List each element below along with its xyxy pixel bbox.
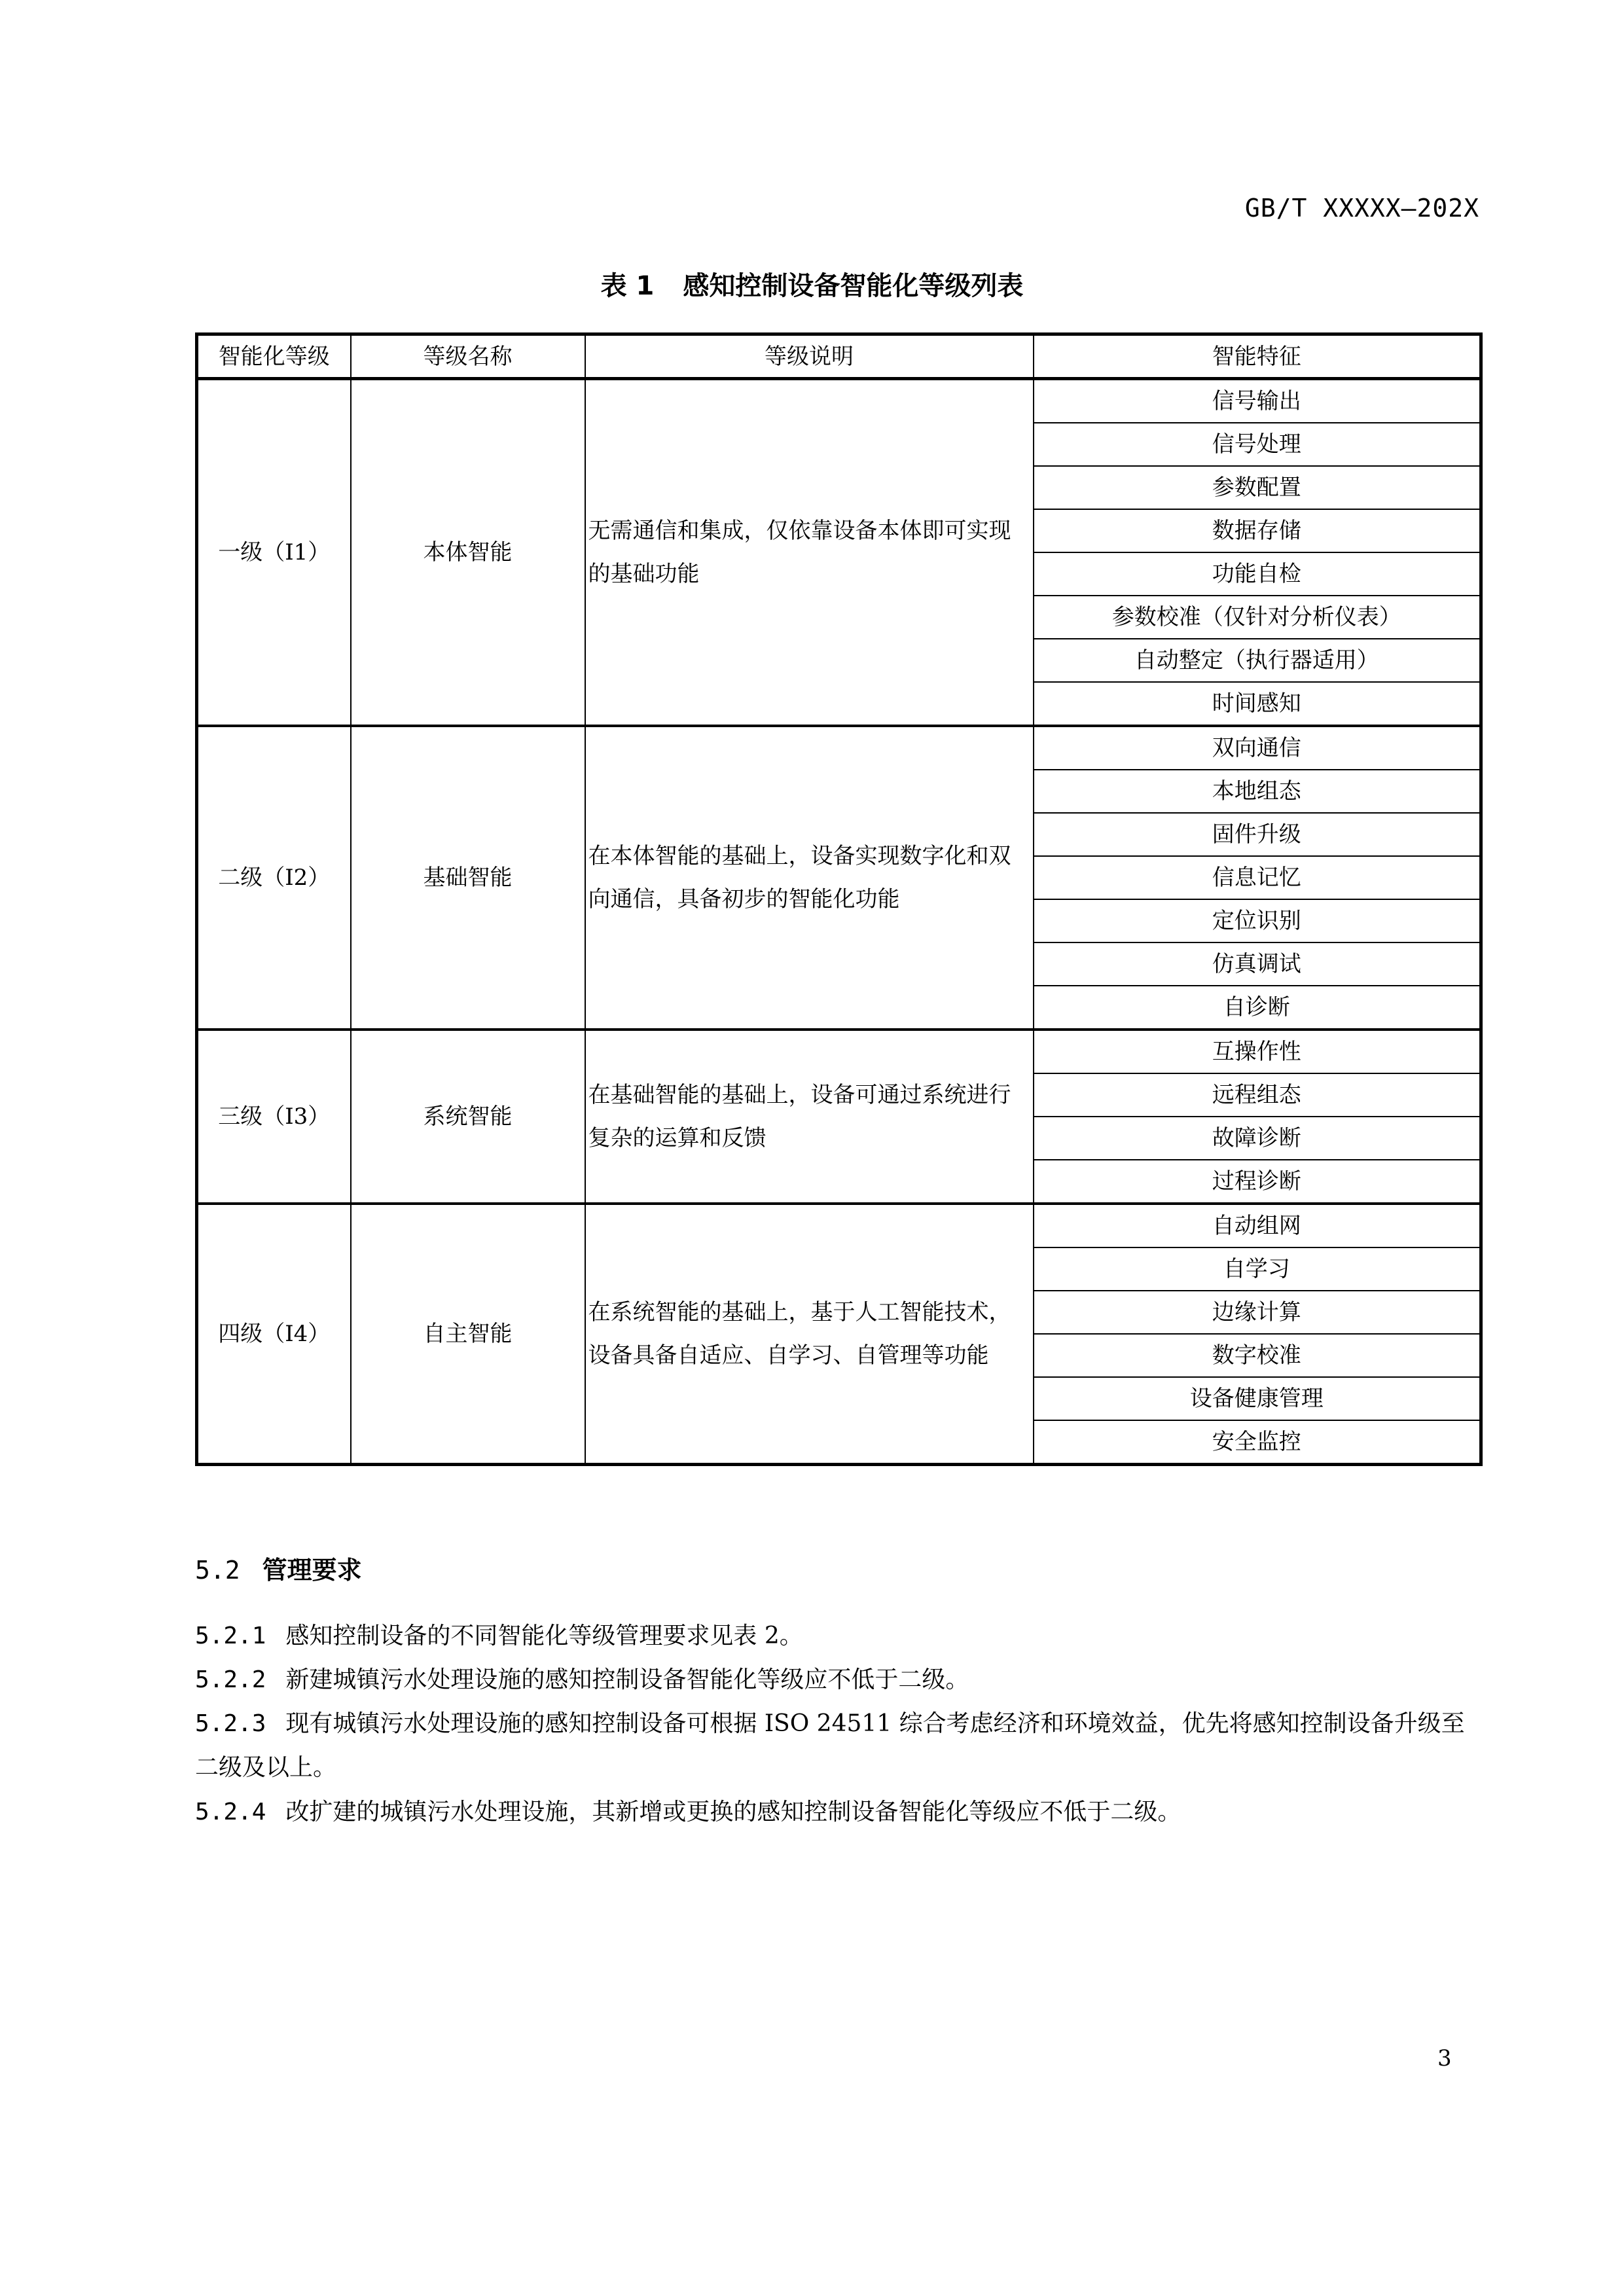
feature-cell: 数字校准 [1034,1334,1481,1377]
clause-number: 5.2.1 [195,1623,266,1649]
grade-name-cell: 自主智能 [351,1204,585,1465]
feature-cell: 自学习 [1034,1247,1481,1291]
table-title: 感知控制设备智能化等级列表 [683,271,1023,301]
table-caption: 表 1感知控制设备智能化等级列表 [0,265,1624,302]
clause-text: 现有城镇污水处理设施的感知控制设备可根据 ISO 24511 综合考虑经济和环境… [195,1710,1465,1781]
clause-number: 5.2.4 [195,1799,266,1825]
clause-5-2-2: 5.2.2新建城镇污水处理设施的感知控制设备智能化等级应不低于二级。 [195,1658,1479,1702]
feature-cell: 仿真调试 [1034,942,1481,986]
feature-cell: 自诊断 [1034,986,1481,1030]
feature-cell: 信号处理 [1034,423,1481,466]
section-number: 5.2 [195,1556,240,1585]
feature-cell: 自动组网 [1034,1204,1481,1247]
grade-level-cell: 三级（I3） [197,1030,351,1204]
feature-cell: 功能自检 [1034,552,1481,596]
feature-cell: 时间感知 [1034,682,1481,726]
section-title: 管理要求 [262,1556,362,1585]
clause-text: 改扩建的城镇污水处理设施，其新增或更换的感知控制设备智能化等级应不低于二级。 [285,1799,1181,1825]
grade-name-cell: 本体智能 [351,379,585,726]
feature-cell: 定位识别 [1034,899,1481,942]
clause-text: 感知控制设备的不同智能化等级管理要求见表 2。 [285,1623,803,1649]
clause-5-2-1: 5.2.1感知控制设备的不同智能化等级管理要求见表 2。 [195,1614,1479,1658]
feature-cell: 本地组态 [1034,770,1481,813]
table-row: 一级（I1） 本体智能 无需通信和集成，仅依靠设备本体即可实现的基础功能 信号输… [197,379,1481,423]
table-number: 表 1 [601,271,655,301]
column-header-name: 等级名称 [351,334,585,379]
feature-cell: 自动整定（执行器适用） [1034,639,1481,682]
feature-cell: 故障诊断 [1034,1117,1481,1160]
clause-number: 5.2.2 [195,1666,266,1693]
column-header-level: 智能化等级 [197,334,351,379]
feature-cell: 远程组态 [1034,1073,1481,1117]
feature-cell: 设备健康管理 [1034,1377,1481,1420]
clause-number: 5.2.3 [195,1710,266,1737]
grade-level-cell: 四级（I4） [197,1204,351,1465]
table-row: 四级（I4） 自主智能 在系统智能的基础上，基于人工智能技术，设备具备自适应、自… [197,1204,1481,1247]
feature-cell: 固件升级 [1034,813,1481,856]
feature-cell: 数据存储 [1034,509,1481,552]
clause-5-2-4: 5.2.4改扩建的城镇污水处理设施，其新增或更换的感知控制设备智能化等级应不低于… [195,1790,1479,1834]
column-header-features: 智能特征 [1034,334,1481,379]
feature-cell: 双向通信 [1034,726,1481,770]
clause-5-2-3: 5.2.3现有城镇污水处理设施的感知控制设备可根据 ISO 24511 综合考虑… [195,1702,1479,1789]
grade-description-cell: 在系统智能的基础上，基于人工智能技术，设备具备自适应、自学习、自管理等功能 [585,1204,1034,1465]
page-number: 3 [1437,2045,1452,2072]
grade-level-cell: 二级（I2） [197,726,351,1030]
feature-cell: 过程诊断 [1034,1160,1481,1204]
column-header-description: 等级说明 [585,334,1034,379]
grade-name-cell: 系统智能 [351,1030,585,1204]
feature-cell: 参数配置 [1034,466,1481,509]
feature-cell: 互操作性 [1034,1030,1481,1073]
feature-cell: 信息记忆 [1034,856,1481,899]
table-header-row: 智能化等级 等级名称 等级说明 智能特征 [197,334,1481,379]
standard-code: GB/T XXXXX—202X [1245,194,1479,223]
section-heading: 5.2管理要求 [195,1550,362,1586]
table-row: 二级（I2） 基础智能 在本体智能的基础上，设备实现数字化和双向通信，具备初步的… [197,726,1481,770]
intelligence-grade-table: 智能化等级 等级名称 等级说明 智能特征 一级（I1） 本体智能 无需通信和集成… [195,332,1483,1466]
table-row: 三级（I3） 系统智能 在基础智能的基础上，设备可通过系统进行复杂的运算和反馈 … [197,1030,1481,1073]
feature-cell: 安全监控 [1034,1420,1481,1465]
grade-description-cell: 在基础智能的基础上，设备可通过系统进行复杂的运算和反馈 [585,1030,1034,1204]
feature-cell: 边缘计算 [1034,1291,1481,1334]
feature-cell: 参数校准（仅针对分析仪表） [1034,596,1481,639]
grade-level-cell: 一级（I1） [197,379,351,726]
grade-description-cell: 无需通信和集成，仅依靠设备本体即可实现的基础功能 [585,379,1034,726]
clause-text: 新建城镇污水处理设施的感知控制设备智能化等级应不低于二级。 [285,1666,969,1693]
feature-cell: 信号输出 [1034,379,1481,423]
grade-name-cell: 基础智能 [351,726,585,1030]
grade-description-cell: 在本体智能的基础上，设备实现数字化和双向通信，具备初步的智能化功能 [585,726,1034,1030]
